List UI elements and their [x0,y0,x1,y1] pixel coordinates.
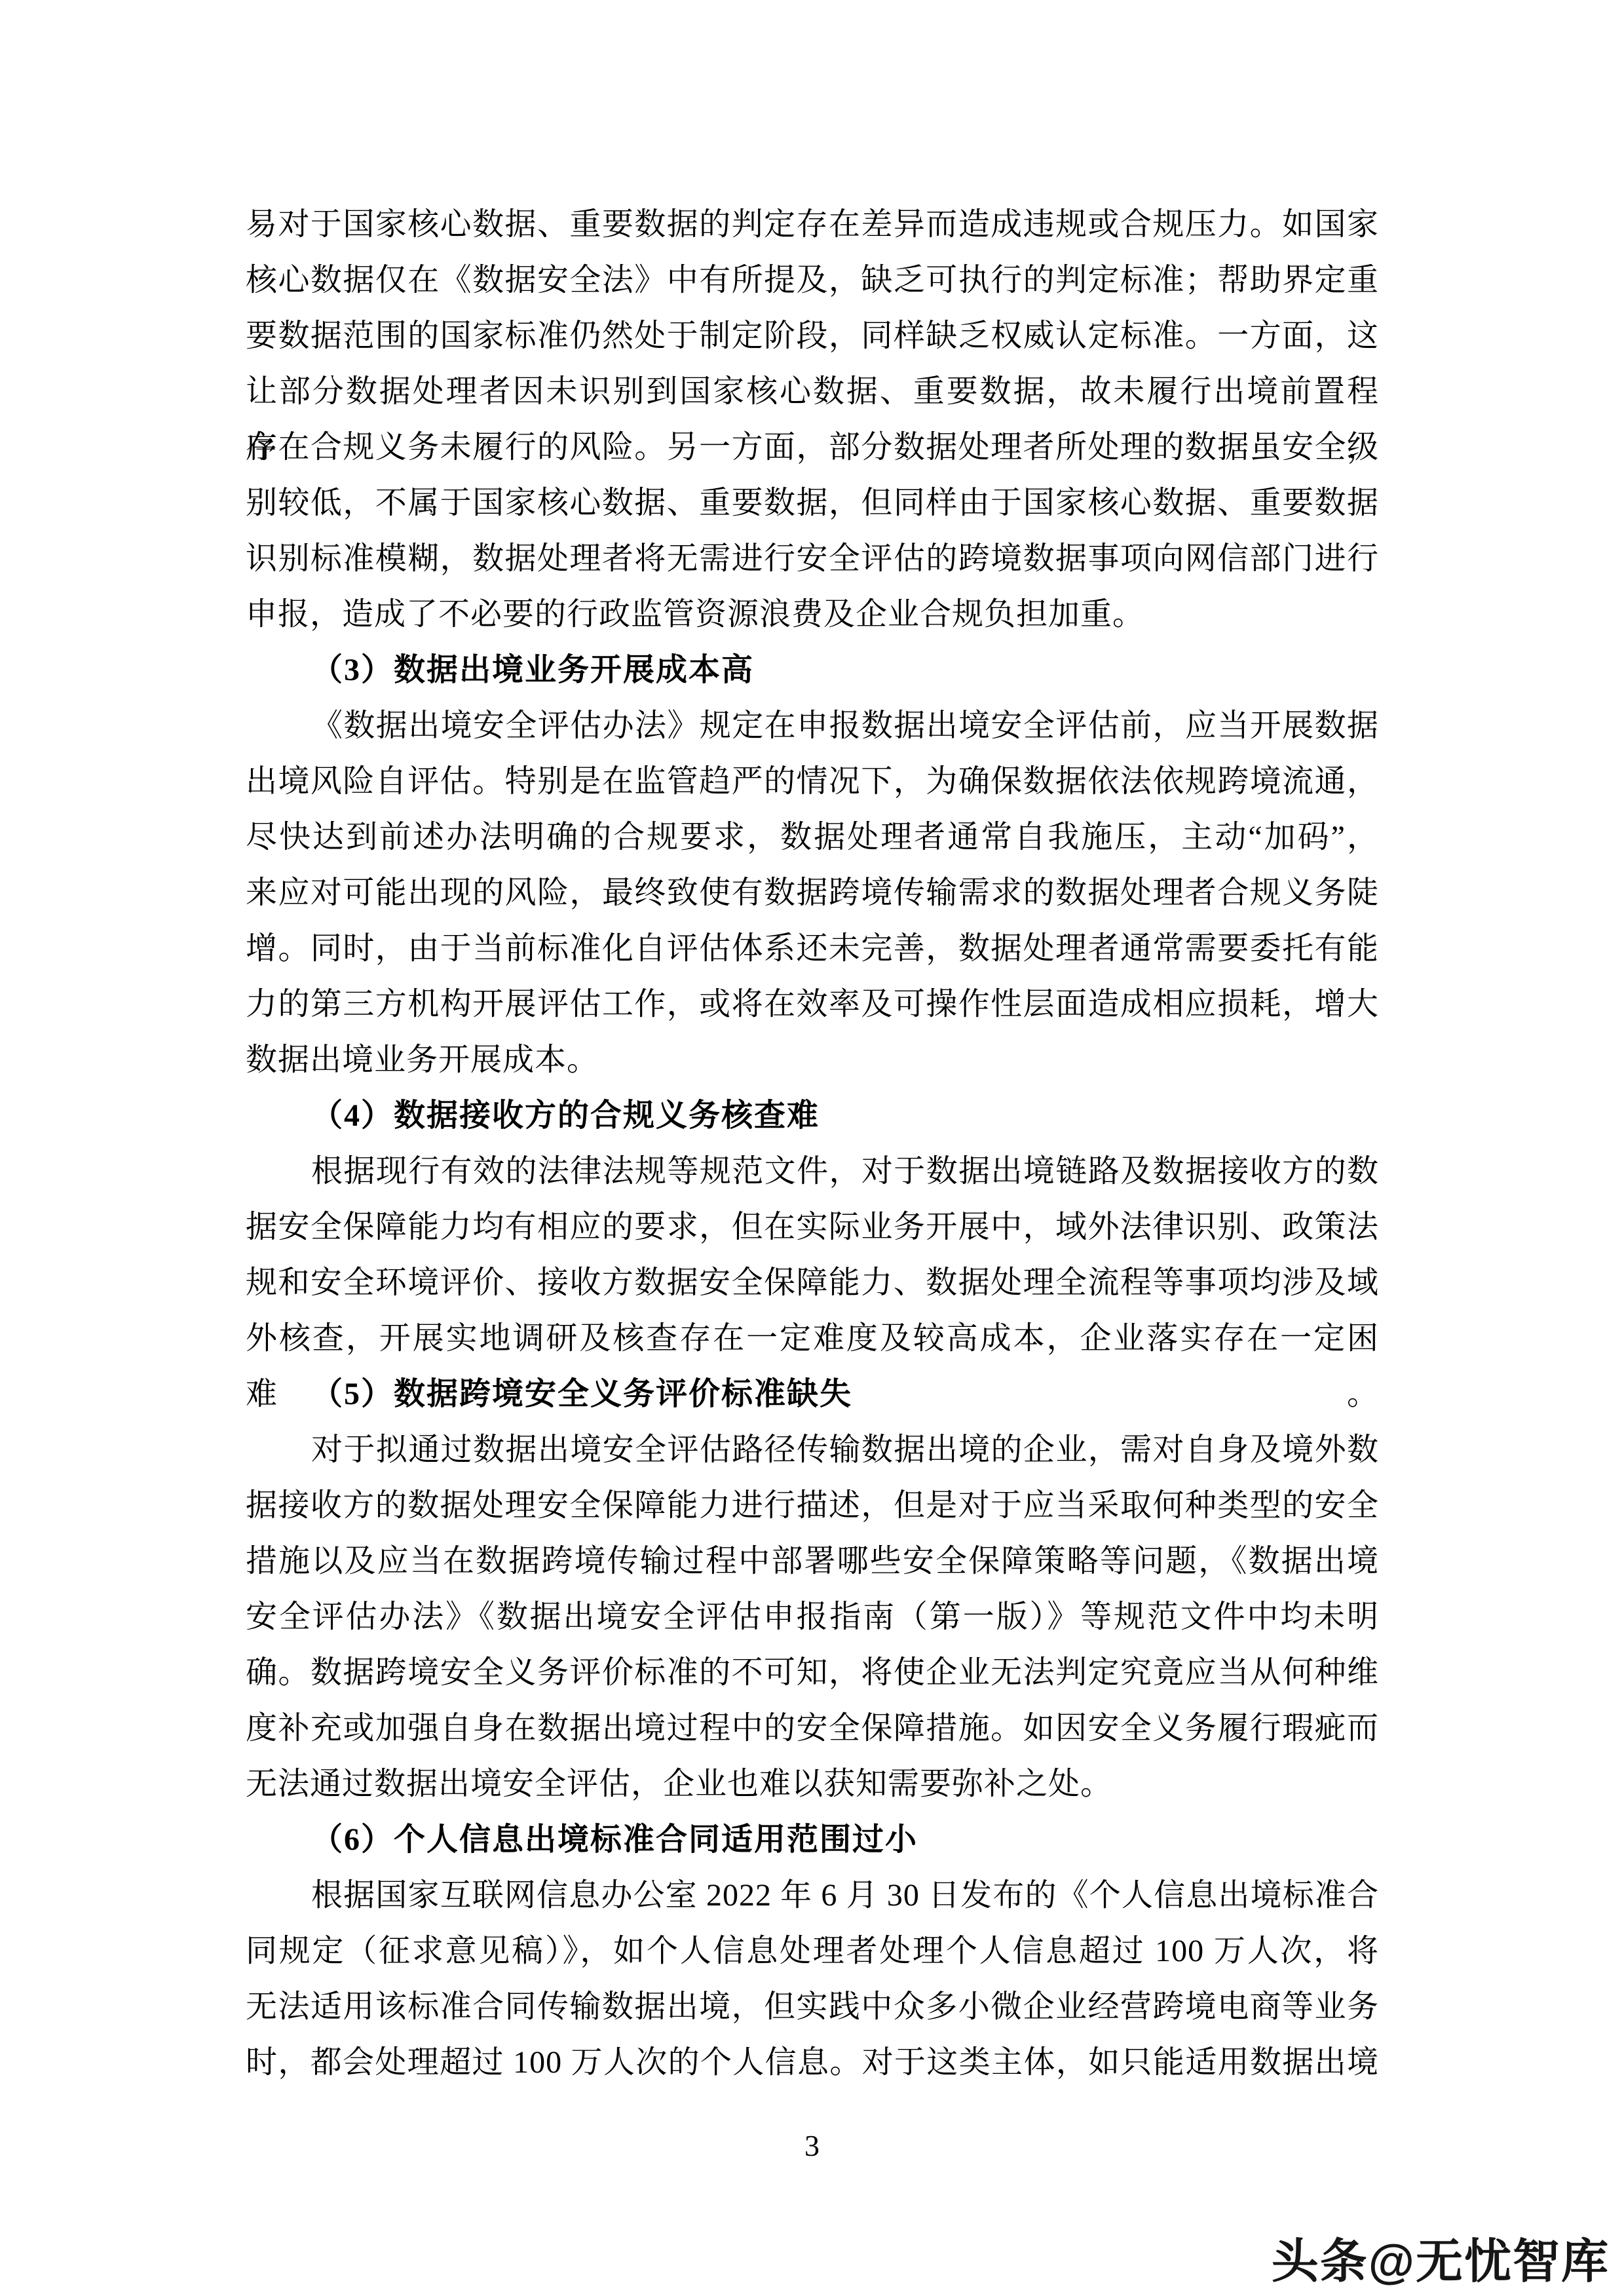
text-line: 据安全保障能力均有相应的要求，但在实际业务开展中，域外法律识别、政策法 [246,1199,1379,1255]
text-line: 同规定（征求意见稿）》，如个人信息处理者处理个人信息超过 100 万人次，将 [246,1923,1379,1979]
text-line: 别较低，不属于国家核心数据、重要数据，但同样由于国家核心数据、重要数据 [246,475,1379,531]
text-line: 尽快达到前述办法明确的合规要求，数据处理者通常自我施压，主动“加码”， [246,809,1379,865]
text-line: 无法适用该标准合同传输数据出境，但实践中众多小微企业经营跨境电商等业务 [246,1979,1379,2035]
text-line: 数据出境业务开展成本。 [246,1032,1379,1088]
text-line: 力的第三方机构开展评估工作，或将在效率及可操作性层面造成相应损耗，增大 [246,976,1379,1032]
text-line: 对于拟通过数据出境安全评估路径传输数据出境的企业，需对自身及境外数 [246,1422,1379,1478]
text-line: 易对于国家核心数据、重要数据的判定存在差异而造成违规或合规压力。如国家 [246,197,1379,252]
section-heading: （6）个人信息出境标准合同适用范围过小 [246,1812,1379,1867]
text-line: 增。同时，由于当前标准化自评估体系还未完善，数据处理者通常需要委托有能 [246,921,1379,976]
text-line: 据接收方的数据处理安全保障能力进行描述，但是对于应当采取何种类型的安全 [246,1478,1379,1533]
text-line: 要数据范围的国家标准仍然处于制定阶段，同样缺乏权威认定标准。一方面，这 [246,308,1379,364]
text-line: 外核查，开展实地调研及核查存在一定难度及较高成本，企业落实存在一定困难。 [246,1311,1379,1366]
watermark: 头条@无忧智库 [1272,2236,1610,2288]
document-body: 易对于国家核心数据、重要数据的判定存在差异而造成违规或合规压力。如国家核心数据仅… [246,197,1379,2090]
text-line: 来应对可能出现的风险，最终致使有数据跨境传输需求的数据处理者合规义务陡 [246,865,1379,921]
text-line: 无法通过数据出境安全评估，企业也难以获知需要弥补之处。 [246,1756,1379,1812]
text-line: 安全评估办法》《数据出境安全评估申报指南（第一版）》等规范文件中均未明 [246,1589,1379,1645]
text-line: 度补充或加强自身在数据出境过程中的安全保障措施。如因安全义务履行瑕疵而 [246,1700,1379,1756]
text-line: 规和安全环境评价、接收方数据安全保障能力、数据处理全流程等事项均涉及域 [246,1255,1379,1311]
text-line: 出境风险自评估。特别是在监管趋严的情况下，为确保数据依法依规跨境流通， [246,754,1379,809]
section-heading: （3）数据出境业务开展成本高 [246,642,1379,698]
text-line: 申报，造成了不必要的行政监管资源浪费及企业合规负担加重。 [246,586,1379,642]
text-line: 让部分数据处理者因未识别到国家核心数据、重要数据，故未履行出境前置程序， [246,364,1379,419]
text-line: 措施以及应当在数据跨境传输过程中部署哪些安全保障策略等问题，《数据出境 [246,1533,1379,1589]
text-line: 根据国家互联网信息办公室 2022 年 6 月 30 日发布的《个人信息出境标准… [246,1867,1379,1923]
text-line: 确。数据跨境安全义务评价标准的不可知，将使企业无法判定究竟应当从何种维 [246,1645,1379,1700]
text-line: 时，都会处理超过 100 万人次的个人信息。对于这类主体，如只能适用数据出境 [246,2035,1379,2090]
page-number: 3 [0,2118,1624,2173]
text-line: 《数据出境安全评估办法》规定在申报数据出境安全评估前，应当开展数据 [246,698,1379,754]
text-line: 识别标准模糊，数据处理者将无需进行安全评估的跨境数据事项向网信部门进行 [246,531,1379,586]
section-heading: （4）数据接收方的合规义务核查难 [246,1088,1379,1143]
text-line: 根据现行有效的法律法规等规范文件，对于数据出境链路及数据接收方的数 [246,1143,1379,1199]
document-page: 易对于国家核心数据、重要数据的判定存在差异而造成违规或合规压力。如国家核心数据仅… [0,0,1624,2296]
text-line: 存在合规义务未履行的风险。另一方面，部分数据处理者所处理的数据虽安全级 [246,419,1379,475]
text-line: 核心数据仅在《数据安全法》中有所提及，缺乏可执行的判定标准；帮助界定重 [246,252,1379,308]
